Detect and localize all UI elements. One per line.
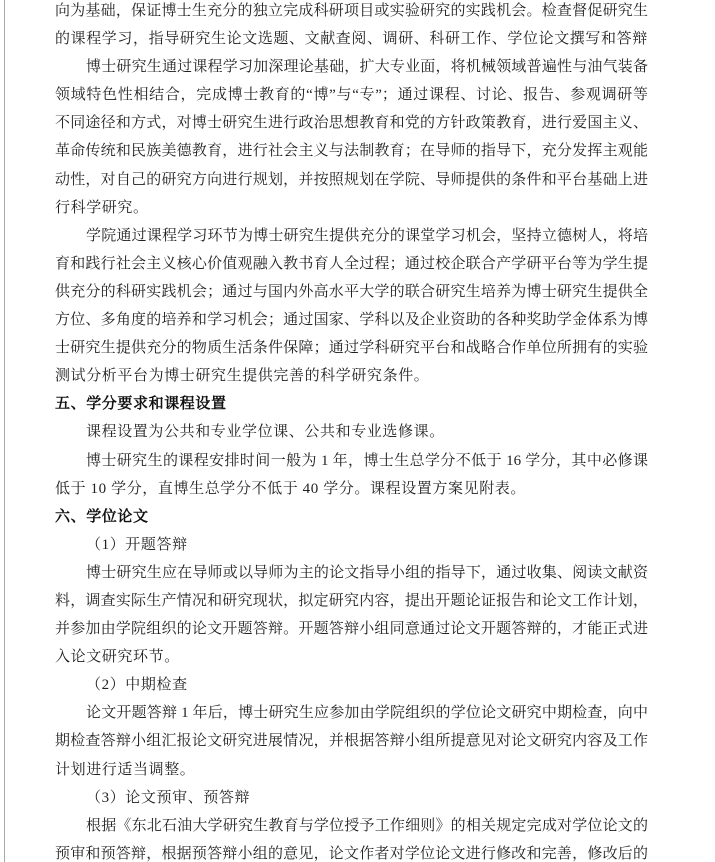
- text-line: 根据《东北石油大学研究生教育与学位授予工作细则》的相关规定完成对学位论文的: [55, 812, 648, 840]
- text-line: 低于 10 学分，直博生总学分不低于 40 学分。课程设置方案见附表。: [55, 475, 648, 503]
- paragraph: （1）开题答辩: [55, 531, 648, 559]
- text-line: 方位、多角度的培养和学习机会；通过国家、学科以及企业资助的各种奖助学金体系为博: [55, 306, 648, 334]
- text-line: 不同途径和方式，对博士研究生进行政治思想教育和党的方针政策教育，进行爱国主义、: [55, 109, 648, 137]
- text-line: 并参加由学院组织的论文开题答辩。开题答辩小组同意通过论文开题答辩的，才能正式进: [55, 615, 648, 643]
- paragraph: （2）中期检查: [55, 671, 648, 699]
- paragraph: 课程设置为公共和专业学位课、公共和专业选修课。: [55, 418, 648, 446]
- text-line: 领域特色性相结合，完成博士教育的“博”与“专”；通过课程、讨论、报告、参观调研等: [55, 81, 648, 109]
- text-line: 博士研究生通过课程学习加深理论基础，扩大专业面，将机械领域普遍性与油气装备: [55, 53, 648, 81]
- paragraph: 博士研究生的课程安排时间一般为 1 年，博士生总学分不低于 16 学分，其中必修…: [55, 447, 648, 503]
- text-line: 的课程学习，指导研究生论文选题、文献查阅、调研、科研工作、学位论文撰写和答辩。: [55, 25, 648, 53]
- paragraph: 向为基础，保证博士生充分的独立完成科研项目或实验研究的实践机会。检查督促研究生的…: [55, 0, 648, 53]
- paragraph: 根据《东北石油大学研究生教育与学位授予工作细则》的相关规定完成对学位论文的预审和…: [55, 812, 648, 862]
- paragraph: 博士研究生通过课程学习加深理论基础，扩大专业面，将机械领域普遍性与油气装备领域特…: [55, 53, 648, 222]
- text-line: 论文开题答辩 1 年后，博士研究生应参加由学院组织的学位论文研究中期检查，向中: [55, 699, 648, 727]
- paragraph: 论文开题答辩 1 年后，博士研究生应参加由学院组织的学位论文研究中期检查，向中期…: [55, 699, 648, 783]
- text-line: 供充分的科研实践机会；通过与国内外高水平大学的联合研究生培养为博士研究生提供全: [55, 278, 648, 306]
- text-line: 计划进行适当调整。: [55, 756, 648, 784]
- text-line: 预审和预答辩，根据预答辩小组的意见，论文作者对学位论文进行修改和完善，修改后的: [55, 840, 648, 862]
- section-heading: 六、学位论文: [55, 503, 648, 531]
- paragraph: （3）论文预审、预答辩: [55, 784, 648, 812]
- text-line: 向为基础，保证博士生充分的独立完成科研项目或实验研究的实践机会。检查督促研究生: [55, 0, 648, 25]
- text-line: （1）开题答辩: [55, 531, 648, 559]
- heading-line: 五、学分要求和课程设置: [55, 390, 648, 418]
- text-line: 革命传统和民族美德教育，进行社会主义与法制教育；在导师的指导下，充分发挥主观能: [55, 137, 648, 165]
- text-line: 行科学研究。: [55, 194, 648, 222]
- text-line: （3）论文预审、预答辩: [55, 784, 648, 812]
- document-page: 向为基础，保证博士生充分的独立完成科研项目或实验研究的实践机会。检查督促研究生的…: [0, 0, 715, 862]
- paragraph: 博士研究生应在导师或以导师为主的论文指导小组的指导下，通过收集、阅读文献资料，调…: [55, 559, 648, 671]
- text-line: 动性，对自己的研究方向进行规划，并按照规划在学院、导师提供的条件和平台基础上进: [55, 166, 648, 194]
- text-line: 育和践行社会主义核心价值观融入教书育人全过程；通过校企联合产学研平台等为学生提: [55, 250, 648, 278]
- section-heading: 五、学分要求和课程设置: [55, 390, 648, 418]
- heading-line: 六、学位论文: [55, 503, 648, 531]
- text-line: 博士研究生应在导师或以导师为主的论文指导小组的指导下，通过收集、阅读文献资: [55, 559, 648, 587]
- text-line: 士研究生提供充分的物质生活条件保障；通过学科研究平台和战略合作单位所拥有的实验: [55, 334, 648, 362]
- text-line: 料，调查实际生产情况和研究现状，拟定研究内容，提出开题论证报告和论文工作计划，: [55, 587, 648, 615]
- text-line: 课程设置为公共和专业学位课、公共和专业选修课。: [55, 418, 648, 446]
- text-line: 测试分析平台为博士研究生提供完善的科学研究条件。: [55, 362, 648, 390]
- text-line: （2）中期检查: [55, 671, 648, 699]
- paragraph: 学院通过课程学习环节为博士研究生提供充分的课堂学习机会，坚持立德树人，将培育和践…: [55, 222, 648, 391]
- page-left-edge-line: [4, 0, 5, 862]
- text-line: 博士研究生的课程安排时间一般为 1 年，博士生总学分不低于 16 学分，其中必修…: [55, 447, 648, 475]
- text-line: 入论文研究环节。: [55, 643, 648, 671]
- document-content: 向为基础，保证博士生充分的独立完成科研项目或实验研究的实践机会。检查督促研究生的…: [55, 0, 648, 862]
- text-line: 期检查答辩小组汇报论文研究进展情况，并根据答辩小组所提意见对论文研究内容及工作: [55, 727, 648, 755]
- text-line: 学院通过课程学习环节为博士研究生提供充分的课堂学习机会，坚持立德树人，将培: [55, 222, 648, 250]
